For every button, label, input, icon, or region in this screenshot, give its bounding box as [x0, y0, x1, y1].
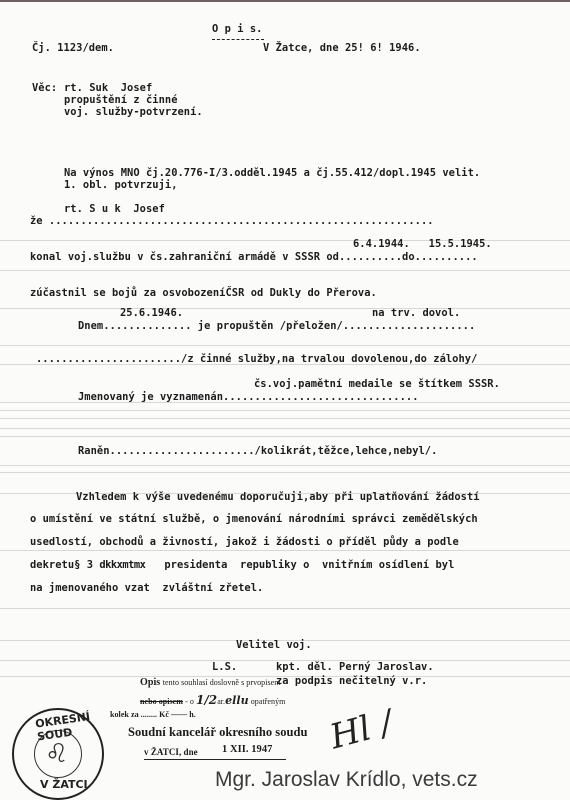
scan-line	[0, 465, 570, 466]
signature-note: za podpis nečitelný v.r.	[276, 675, 427, 687]
decree-rest: presidenta republiky o vnitřním osídlení…	[145, 559, 454, 571]
lion-emblem-icon: ♌	[45, 739, 68, 769]
scan-line	[0, 472, 570, 473]
commander-name: kpt. děl. Perný Jaroslav.	[276, 661, 434, 673]
recommendation-line: Vzhledem k výše uvedenému doporučuji,aby…	[76, 491, 480, 503]
ze-line: že .....................................…	[30, 215, 434, 227]
decoration-filled: čs.voj.pamětní medaile se štítkem SSSR.	[254, 378, 500, 390]
discharge-status: na trv. dovol.	[372, 307, 460, 319]
handwritten-fraction: 1/2	[196, 693, 217, 707]
stamp-line-1-text: tento souhlasí doslovně s prvopisem	[163, 678, 281, 687]
decree-prefix: dekretu§ 3	[30, 559, 99, 571]
stamp-date: 1 XII. 1947	[222, 744, 272, 756]
handwritten-signature: Hl /	[326, 703, 397, 758]
scan-line	[0, 270, 570, 271]
stamp-struck-text: nebo opisem	[140, 697, 183, 706]
seal-top-text: OKRESNÍ SOUD	[35, 709, 104, 744]
recommendation-line: usedlostí, obchodů a živností, jakož i ž…	[30, 536, 459, 548]
discharge-line: Dnem.............. je propuštěn /přelože…	[78, 320, 475, 332]
discharge-date: 25.6.1946.	[120, 307, 183, 319]
scan-line	[0, 410, 570, 411]
handwritten-initials: ellu	[225, 694, 249, 707]
stamp-line-2: nebo opisem - o 1/2ar.ellu opatřeným	[140, 694, 285, 708]
subject-line: voj. služby-potvrzení.	[64, 106, 203, 118]
recommendation-line: dekretu§ 3 dkkxmtmx presidenta republiky…	[30, 559, 454, 571]
ls-label: L.S.	[212, 661, 237, 673]
stamp-line-2-end: opatřeným	[251, 697, 286, 706]
intro-line: 1. obl. potvrzuji,	[64, 179, 178, 191]
subject-line: propuštění z činné	[64, 94, 178, 106]
scan-line	[0, 428, 570, 429]
scan-line	[0, 418, 570, 419]
court-office: Soudní kancelář okresního soudu	[128, 726, 308, 738]
soldier-name: rt. S u k Josef	[64, 203, 165, 215]
scanned-document: O p i s. Čj. 1123/dem. V Žatce, dne 25! …	[0, 0, 570, 800]
subject-line: rt. Suk Josef	[64, 82, 152, 94]
commander-title: Velitel voj.	[236, 639, 312, 651]
subject-label: Věc:	[32, 82, 57, 94]
scan-line	[0, 308, 570, 309]
court-seal: ♌ OKRESNÍ SOUD V ŽATCI	[12, 708, 104, 800]
recommendation-line: na jmenovaného vzat zvláštní zřetel.	[30, 582, 263, 594]
stamp-date-underline	[144, 759, 286, 760]
scan-line	[0, 436, 570, 437]
scan-line	[0, 550, 570, 551]
watermark: Mgr. Jaroslav Krídlo, vets.cz	[215, 768, 478, 792]
seal-bottom-text: V ŽATCI	[40, 778, 88, 791]
scan-line	[0, 345, 570, 346]
intro-line: Na výnos MNO čj.20.776-I/3.odděl.1945 a …	[64, 167, 480, 179]
document-title: O p i s.	[212, 23, 262, 35]
title-underline	[212, 39, 264, 40]
service-dates: 6.4.1944. 15.5.1945.	[353, 238, 492, 250]
wounded-line: Raněn......................./kolikrát,tě…	[78, 445, 437, 457]
recommendation-line: o umístění ve státní službě, o jmenování…	[30, 513, 478, 525]
decoration-line: Jmenovaný je vyznamenán.................…	[78, 391, 419, 403]
scan-line	[0, 608, 570, 609]
stamp-opis: Opis	[140, 677, 160, 688]
struck-word: dkkxmtmx	[99, 559, 145, 571]
battles-line: zúčastnil se bojů za osvobozeníČSR od Du…	[30, 287, 377, 299]
stamp-date-prefix: v ŽATCI, dne	[144, 746, 198, 758]
stamp-line-3: kolek za ........ Kč —— h.	[110, 709, 196, 721]
reserve-line: ......................./z činné služby,n…	[36, 353, 477, 365]
page-edge	[0, 0, 570, 2]
reference-number: Čj. 1123/dem.	[32, 42, 114, 54]
stamp-line-1: Opis tento souhlasí doslovně s prvopisem	[140, 677, 281, 689]
place-date: V Žatce, dne 25! 6! 1946.	[263, 42, 421, 54]
stamp-line-2-text: - o	[185, 697, 194, 706]
stamp-ar: ar.	[217, 697, 225, 706]
service-line: konal voj.službu v čs.zahraniční armádě …	[30, 251, 478, 263]
